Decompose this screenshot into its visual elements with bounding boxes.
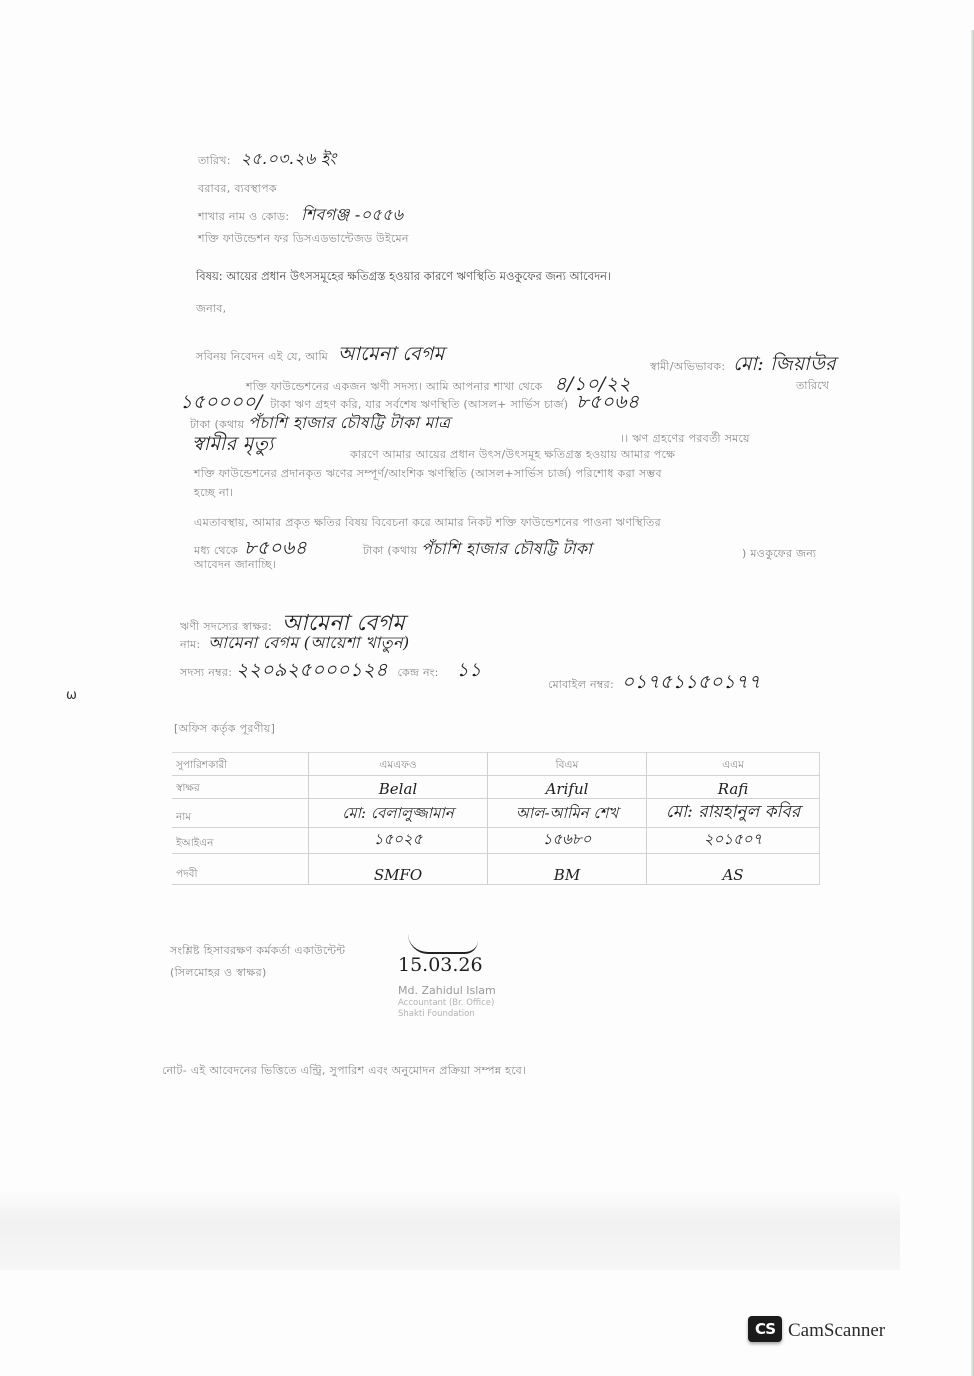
date-value: ২৫.০৩.২৬ ইং [241, 149, 337, 168]
am-name: মো: রায়হানুল কবির [666, 802, 800, 822]
center-number-handwritten: ১১ [456, 659, 481, 681]
am-ein: ২০১৫০৭ [704, 830, 762, 848]
accountant-signature-scribble [408, 934, 478, 954]
center-label: কেন্দ্র নং: [398, 666, 439, 679]
body-line-7: শক্তি ফাউন্ডেশনের প্রদানকৃত ঋণের সম্পূর্… [194, 465, 662, 484]
stamp-name: Md. Zahidul Islam [398, 984, 496, 997]
table-header-cell: বিএম [488, 753, 647, 776]
organization-name: শক্তি ফাউন্ডেশন ফর ডিসএডভান্টেজড উইমেন [198, 230, 409, 249]
paper-bottom-shadow [0, 1190, 900, 1270]
branch-label: শাখার নাম ও কোড: [198, 210, 289, 223]
outstanding-handwritten: ৮৫০৬৪ [576, 391, 639, 413]
body-p2-line-1: এমতাবস্থায়, আমার প্রকৃত ক্ষতির বিষয় বি… [194, 514, 661, 533]
camscanner-watermark: CamScanner [788, 1320, 885, 1342]
member-number-handwritten: ২২০৯২৫০০০১২৪ [236, 659, 388, 681]
mobile-label: মোবাইল নম্বর: [548, 678, 614, 691]
body-text: টাকা (কথায় [363, 544, 417, 557]
accountant-sublabel: (সিলমোহর ও স্বাক্ষর) [170, 964, 267, 983]
outstanding-words-handwritten: পঁচাশি হাজার চৌষট্টি টাকা মাত্র [248, 413, 450, 432]
table-header-row: সুপারিশকারী এমএফও বিএম এএম [172, 753, 820, 776]
recipient-line: বরাবর, ব্যবস্থাপক [198, 180, 277, 199]
stamp-title: Accountant (Br. Office) [398, 998, 494, 1008]
branch-row: শাখার নাম ও কোড: শিবগঞ্জ -০৫৫৬ [198, 202, 403, 229]
row-label: নাম [172, 799, 309, 828]
salutation: জনাব, [196, 300, 226, 319]
member-number-label: সদস্য নম্বর: [180, 666, 232, 679]
body-line-1: সবিনয় নিবেদন এই যে, আমি আমেনা বেগম [196, 340, 444, 372]
row-label: ইআইএন [172, 828, 309, 854]
body-text: সবিনয় নিবেদন এই যে, আমি [196, 350, 328, 363]
camscanner-logo-icon: CS [748, 1316, 782, 1342]
guardian-label: স্বামী/অভিভাবক: [650, 360, 725, 373]
bm-signature: Ariful [546, 780, 589, 798]
mfo-designation: SMFO [374, 866, 422, 884]
edge-mark: ω [66, 688, 77, 703]
mfo-signature: Belal [379, 780, 417, 798]
table-row: পদবী SMFO BM AS [172, 854, 820, 885]
branch-value: শিবগঞ্জ -০৫৫৬ [301, 205, 403, 224]
table-row: ইআইএন ১৫০২৫ ১৫৬৮০ ২০১৫০৭ [172, 828, 820, 854]
office-heading: [অফিস কর্তৃক পূরণীয়] [174, 720, 275, 739]
loan-date-suffix: তারিখে [796, 377, 829, 396]
body-line-6: কারণে আমার আয়ের প্রধান উৎস/উৎসমূহ ক্ষতি… [350, 446, 675, 465]
footer-note: নোট- এই আবেদনের ভিত্তিতে এন্ট্রি, সুপারি… [162, 1062, 526, 1081]
mobile-number-handwritten: ০১৭৫১১৫০১৭৭ [622, 671, 761, 693]
am-designation: AS [722, 866, 743, 884]
bm-ein: ১৫৬৮০ [543, 830, 592, 848]
bm-designation: BM [554, 866, 580, 884]
date-row: তারিখ: ২৫.০৩.২৬ ইং [198, 146, 336, 173]
am-signature: Rafi [718, 780, 749, 798]
date-label: তারিখ: [198, 154, 231, 167]
accountant-label: সংশ্লিষ্ট হিসাবরক্ষণ কর্মকর্তা একাউন্টেন… [170, 942, 345, 961]
member-number-row: সদস্য নম্বর: ২২০৯২৫০০০১২৪ কেন্দ্র নং: ১১ [180, 656, 482, 688]
applicant-name-handwritten: আমেনা বেগম (আয়েশা খাতুন) [208, 633, 409, 652]
body-p2-line-3: আবেদন জানাচ্ছি। [194, 556, 276, 575]
table-row: নাম মো: বেলালুজ্জামান আল-আমিন শেখ মো: রা… [172, 799, 820, 828]
mobile-row: মোবাইল নম্বর: ০১৭৫১১৫০১৭৭ [548, 668, 761, 700]
reason-handwritten: স্বামীর মৃত্যু [192, 433, 274, 455]
applicant-name-row: নাম: আমেনা বেগম (আয়েশা খাতুন) [180, 630, 409, 657]
table-header-cell: এএম [647, 753, 820, 776]
table-header-cell: এমএফও [309, 753, 488, 776]
accountant-signature-date: 15.03.26 [398, 954, 483, 976]
waiver-words-handwritten: পঁচাশি হাজার চৌষট্টি টাকা [421, 539, 592, 558]
name-label: নাম: [180, 638, 200, 651]
body-p2-line-2-suffix: ) মওকুফের জন্য [742, 545, 816, 564]
table-row: স্বাক্ষর Belal Ariful Rafi [172, 776, 820, 799]
guardian-name-handwritten: মো: জিয়াউর [733, 353, 836, 375]
member-name-handwritten: আমেনা বেগম [338, 343, 445, 365]
office-approval-table: সুপারিশকারী এমএফও বিএম এএম স্বাক্ষর Bela… [172, 752, 820, 885]
row-label: পদবী [172, 854, 309, 885]
bm-name: আল-আমিন শেখ [516, 804, 618, 822]
subject-line: বিষয়: আয়ের প্রধান উৎসসমূহের ক্ষতিগ্রস্… [196, 268, 611, 287]
table-header-cell: সুপারিশকারী [172, 753, 309, 776]
body-line-5: স্বামীর মৃত্যু [192, 430, 274, 462]
mfo-ein: ১৫০২৫ [374, 830, 423, 848]
mfo-name: মো: বেলালুজ্জামান [342, 804, 453, 822]
row-label: স্বাক্ষর [172, 776, 309, 799]
body-line-8: হচ্ছে না। [194, 484, 233, 503]
stamp-org: Shakti Foundation [398, 1009, 475, 1019]
